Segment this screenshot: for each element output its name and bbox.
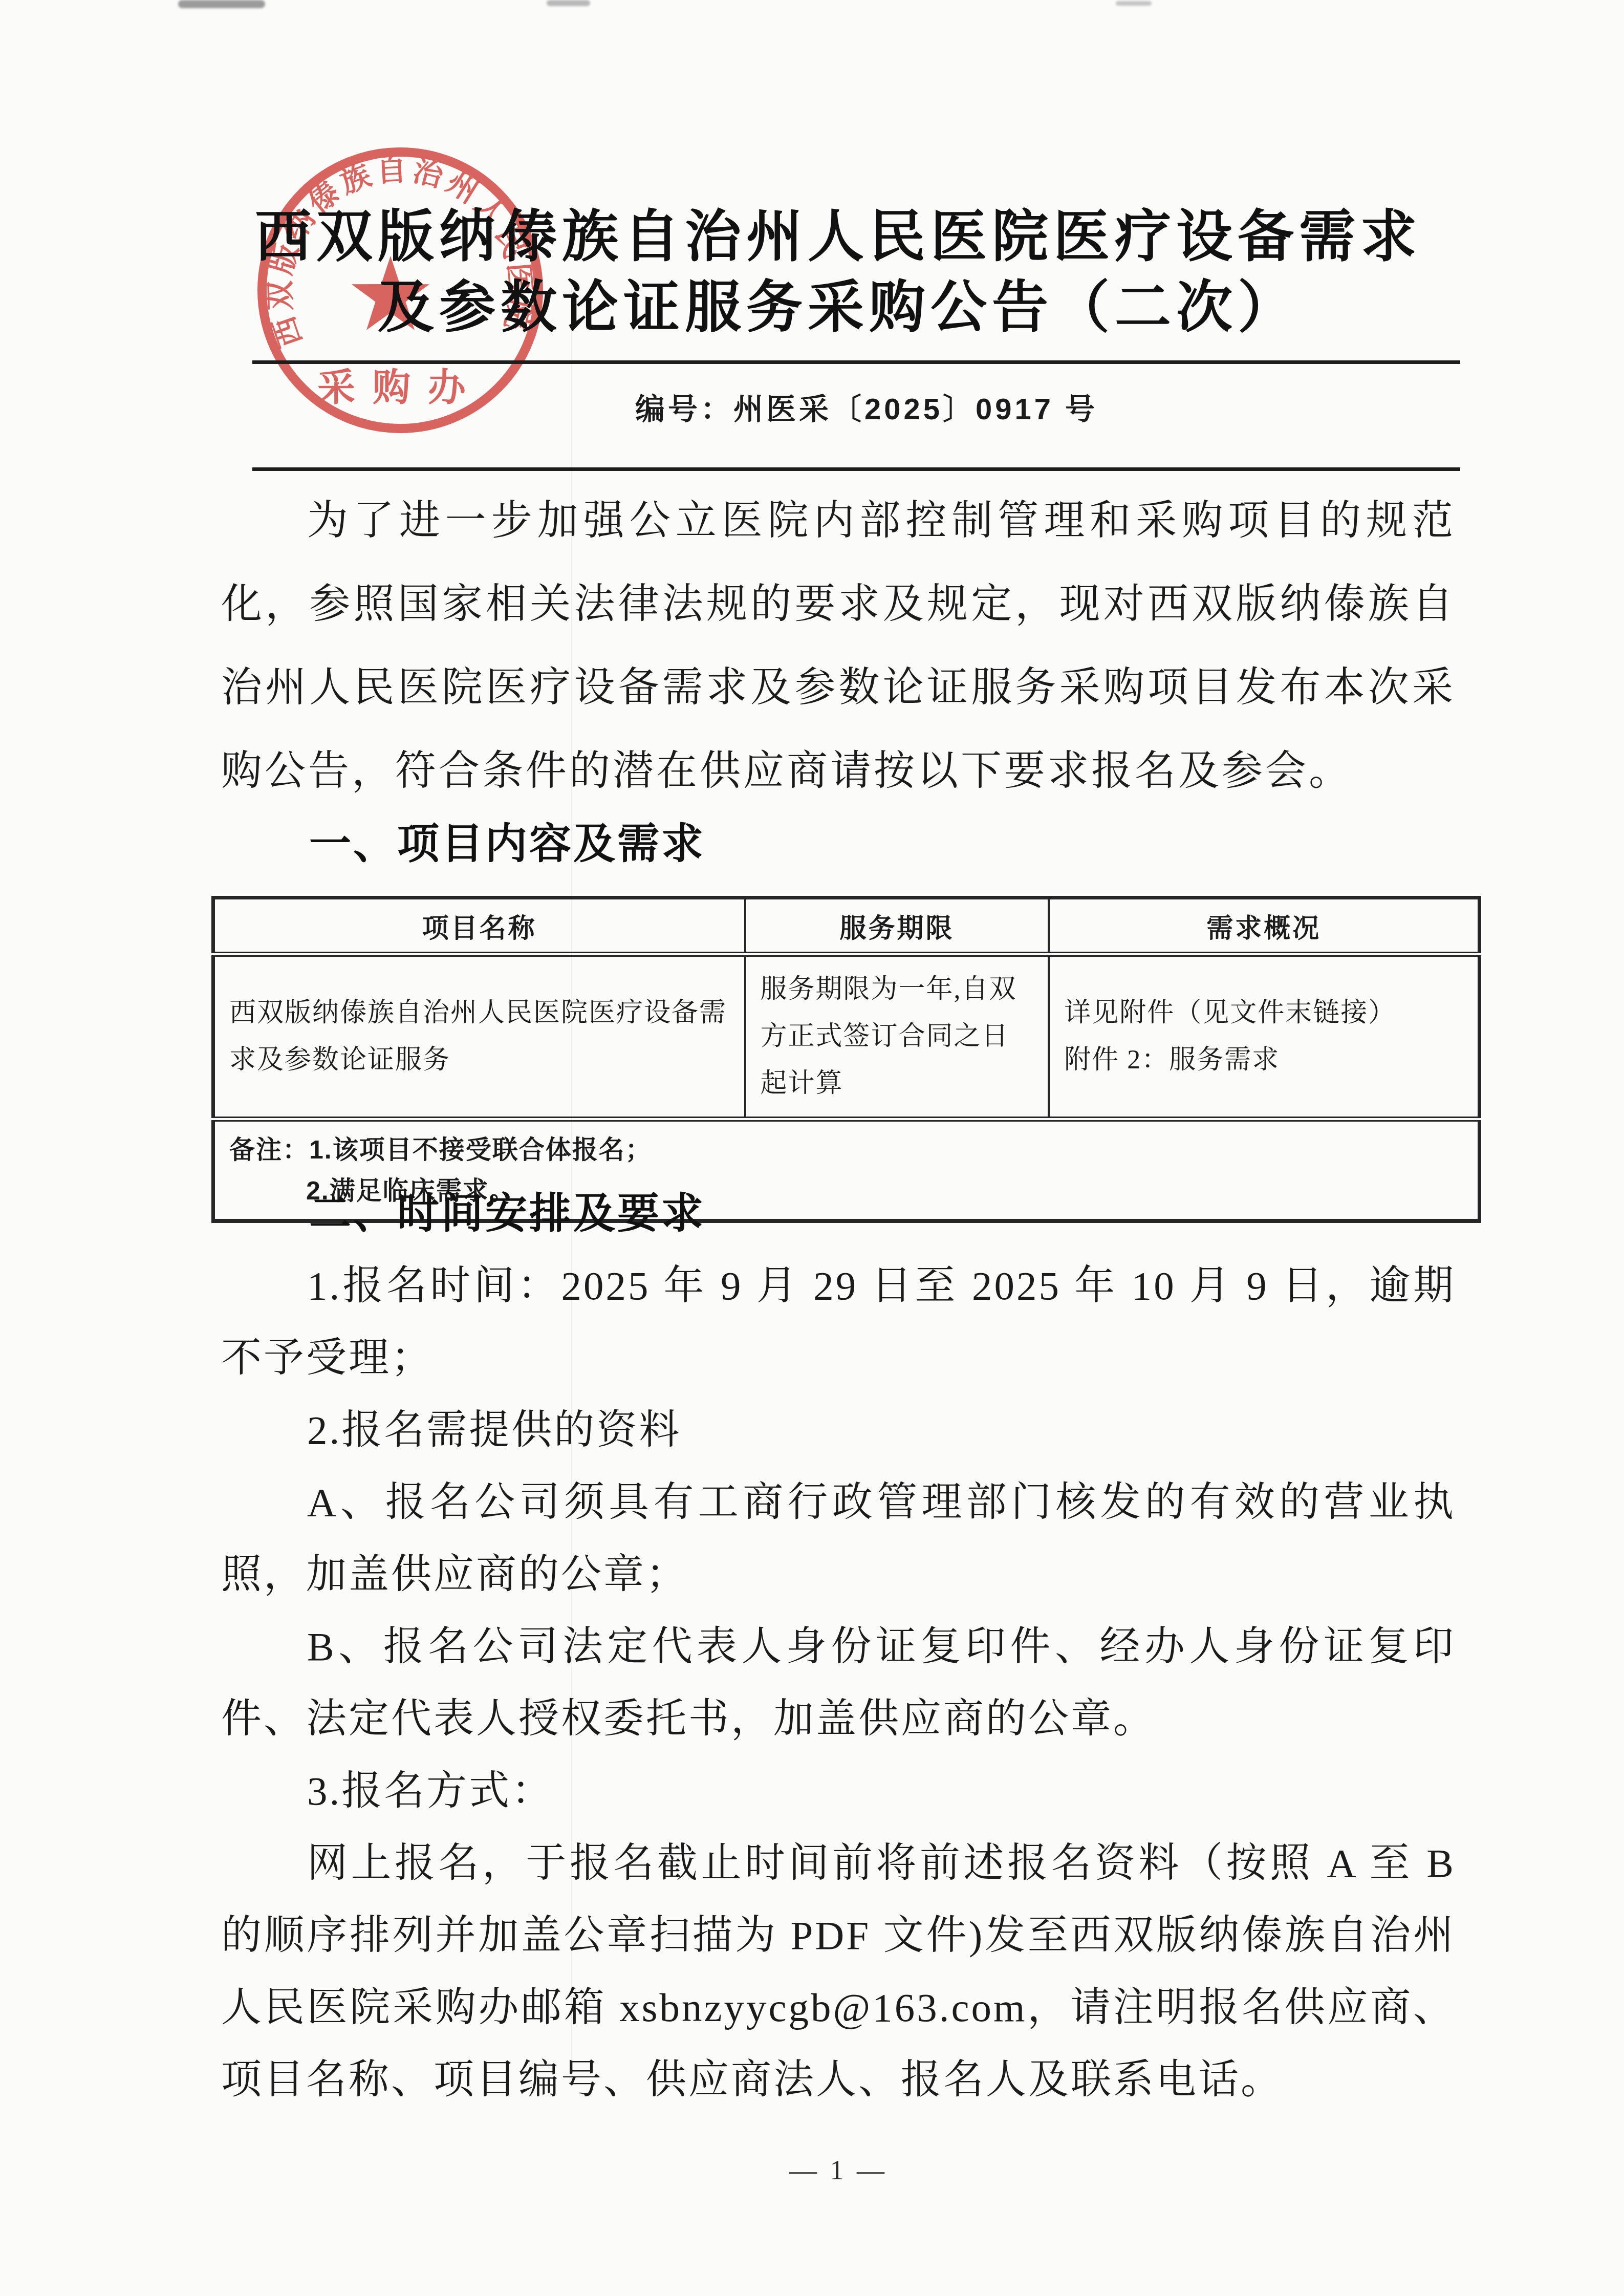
table-header-row: 项目名称 服务期限 需求概况 — [213, 898, 1480, 955]
requirement-paragraph: 2.报名需提供的资料 — [221, 1394, 1456, 1467]
requirement-paragraph: A、报名公司须具有工商行政管理部门核发的有效的营业执照，加盖供应商的公章； — [221, 1467, 1456, 1611]
requirement-line-1: 详见附件（见文件末链接） — [1064, 990, 1463, 1037]
scanned-document-page: 西双版纳傣族自治州人民医院 采购办 西双版纳傣族自治州人民医院医疗设备需求 及参… — [0, 0, 1624, 2296]
cell-requirement: 详见附件（见文件末链接） 附件 2：服务需求 — [1049, 954, 1479, 1119]
requirement-paragraph: B、报名公司法定代表人身份证复印件、经办人身份证复印件、法定代表人授权委托书，加… — [221, 1611, 1456, 1755]
scan-smudge — [178, 0, 265, 8]
requirement-paragraph: 3.报名方式： — [221, 1755, 1456, 1828]
requirement-paragraph: 网上报名，于报名截止时间前将前述报名资料（按照 A 至 B 的顺序排列并加盖公章… — [221, 1828, 1456, 2116]
scan-smudge — [547, 0, 590, 6]
cell-service-term: 服务期限为一年,自双方正式签订合同之日起计算 — [745, 954, 1049, 1119]
column-header-service-term: 服务期限 — [745, 898, 1049, 955]
page-number: — 1 — — [221, 2154, 1456, 2186]
title-line-2: 及参数论证服务采购公告（二次） — [221, 272, 1456, 343]
cell-project-name: 西双版纳傣族自治州人民医院医疗设备需求及参数论证服务 — [213, 954, 745, 1119]
divider-bottom — [252, 467, 1460, 471]
section-1-heading: 一、项目内容及需求 — [221, 816, 1456, 872]
document-number: 编号：州医采〔2025〕0917 号 — [221, 385, 1456, 428]
section-2-body: 1.报名时间：2025 年 9 月 29 日至 2025 年 10 月 9 日，… — [221, 1250, 1456, 2151]
document-title: 西双版纳傣族自治州人民医院医疗设备需求 及参数论证服务采购公告（二次） — [221, 202, 1456, 343]
note-line-1: 备注：1.该项目不接受联合体报名； — [229, 1129, 1463, 1170]
requirement-line-2: 附件 2：服务需求 — [1064, 1037, 1463, 1084]
table-row: 西双版纳傣族自治州人民医院医疗设备需求及参数论证服务 服务期限为一年,自双方正式… — [213, 954, 1480, 1119]
scan-smudge — [1116, 1, 1152, 6]
intro-paragraph: 为了进一步加强公立医院内部控制管理和采购项目的规范化，参照国家相关法律法规的要求… — [221, 479, 1456, 812]
column-header-project-name: 项目名称 — [213, 898, 745, 955]
requirement-paragraph: 1.报名时间：2025 年 9 月 29 日至 2025 年 10 月 9 日，… — [221, 1250, 1456, 1394]
section-2-heading: 二、时间安排及要求 — [221, 1186, 1456, 1242]
column-header-requirement: 需求概况 — [1049, 898, 1479, 955]
title-line-1: 西双版纳傣族自治州人民医院医疗设备需求 — [221, 202, 1456, 272]
project-table: 项目名称 服务期限 需求概况 西双版纳傣族自治州人民医院医疗设备需求及参数论证服… — [211, 896, 1481, 1223]
divider-top — [252, 360, 1460, 364]
